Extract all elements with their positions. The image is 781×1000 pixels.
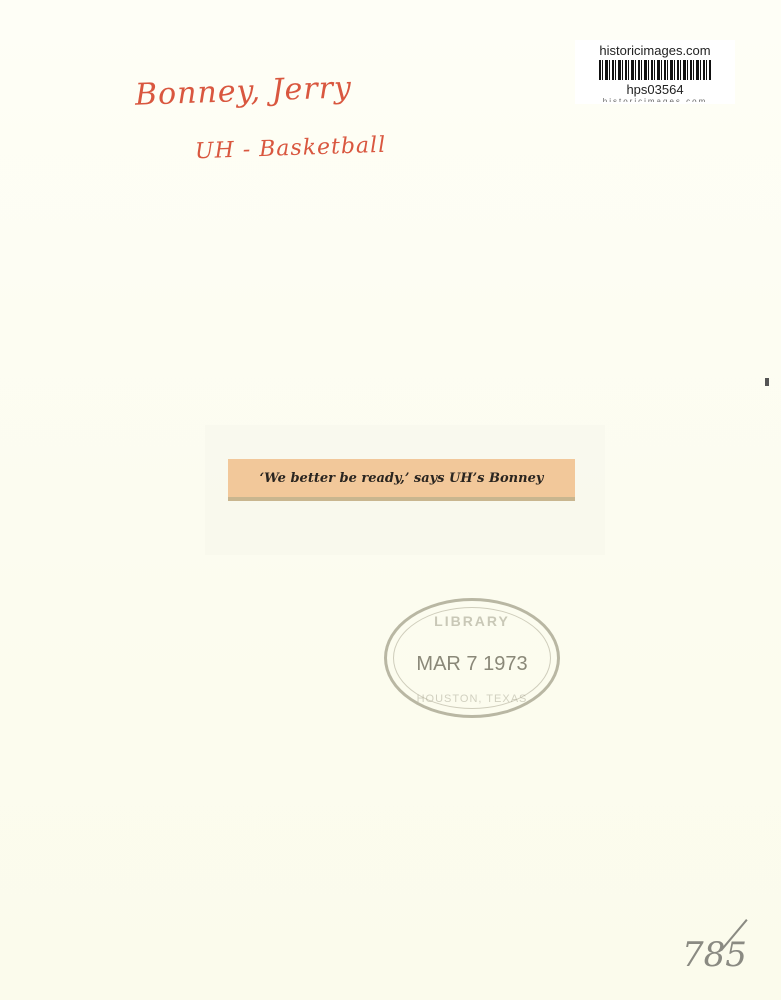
barcode-site-repeat: historicimages.com bbox=[575, 97, 735, 102]
barcode-label: historicimages.com hps03564 historicimag… bbox=[575, 40, 735, 104]
stamp-top-text: LIBRARY bbox=[387, 613, 557, 629]
pencil-note: 785 bbox=[682, 935, 747, 975]
stamp-bottom-text: HOUSTON, TEXAS bbox=[387, 693, 557, 705]
library-stamp: LIBRARY MAR 7 1973 HOUSTON, TEXAS bbox=[384, 598, 560, 718]
barcode-icon bbox=[599, 60, 711, 80]
barcode-site: historicimages.com bbox=[575, 44, 735, 57]
clipping-headline: ‘We better be ready,’ says UH’s Bonney bbox=[260, 471, 544, 486]
stamp-date: MAR 7 1973 bbox=[387, 653, 557, 676]
barcode-id: hps03564 bbox=[575, 82, 735, 97]
edge-mark bbox=[765, 378, 769, 386]
newspaper-clipping: ‘We better be ready,’ says UH’s Bonney bbox=[228, 459, 575, 497]
